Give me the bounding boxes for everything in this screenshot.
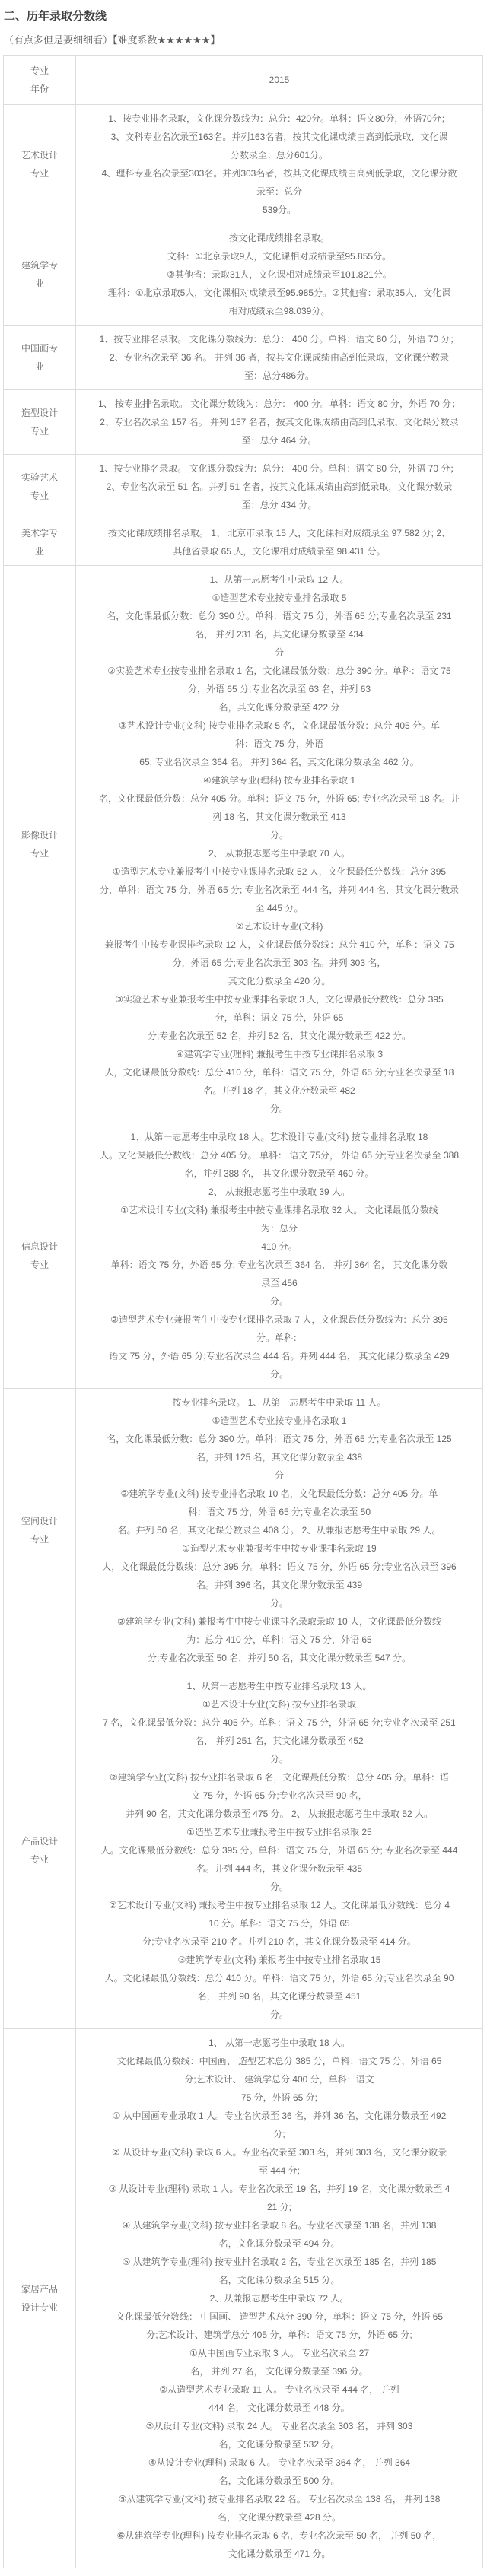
article-body: 二、历年录取分数线 （有点多但是要细细看）【难度系数★★★★★★】 专业 年份 …	[0, 0, 487, 2576]
row-content-information-design: 1、从第一志愿考生中录取 18 人。艺术设计专业(文科) 按专业排名录取 18 …	[76, 1123, 483, 1389]
table-row-information-design: 信息设计 专业 1、从第一志愿考生中录取 18 人。艺术设计专业(文科) 按专业…	[4, 1123, 483, 1389]
header-year-cell: 2015	[76, 56, 483, 105]
table-row-product-design: 产品设计 专业 1、从第一志愿考生中按专业排名录取 13 人。 ①艺术设计专业(…	[4, 1672, 483, 2029]
row-label-modeling-design: 造型设计 专业	[4, 390, 76, 455]
row-content-art-design: 1、按专业排名录取，文化课分数线为：总分：420分。单科：语文80分，外语70分…	[76, 105, 483, 224]
section-subtitle: （有点多但是要细细看）【难度系数★★★★★★】	[4, 32, 484, 46]
row-content-experimental-art: 1、按专业排名录取。 文化课分数线为：总分： 400 分。单科：语文 80 分，…	[76, 455, 483, 519]
row-label-architecture: 建筑学专 业	[4, 224, 76, 326]
row-label-fine-arts: 美术学专 业	[4, 519, 76, 566]
row-label-art-design: 艺术设计 专业	[4, 105, 76, 224]
row-label-information-design: 信息设计 专业	[4, 1123, 76, 1389]
table-row-image-design: 影像设计 专业 1、从第一志愿考生中录取 12 人。 ①造型艺术专业按专业排名录…	[4, 566, 483, 1123]
table-row-fine-arts: 美术学专 业 按文化课成绩排名录取。 1、 北京市录取 15 人，文化课相对成绩…	[4, 519, 483, 566]
row-content-image-design: 1、从第一志愿考生中录取 12 人。 ①造型艺术专业按专业排名录取 5 名，文化…	[76, 566, 483, 1123]
section-title: 二、历年录取分数线	[4, 8, 484, 24]
table-row-modeling-design: 造型设计 专业 1、 按专业排名录取。 文化课分数线为：总分： 400 分。单科…	[4, 390, 483, 455]
row-label-experimental-art: 实验艺术 专业	[4, 455, 76, 519]
row-content-architecture: 按文化课成绩排名录取。 文科：①北京录取9人，文化课相对成绩录至95.855分。…	[76, 224, 483, 326]
row-content-home-product-design: 1、 从第一志愿考生中录取 18 人。 文化课最低分数线：中国画、 造型艺术总分…	[76, 2029, 483, 2568]
row-content-space-design: 按专业排名录取。 1、从第一志愿考生中录取 11 人。 ①造型艺术专业按专业排名…	[76, 1389, 483, 1672]
table-row-home-product-design: 家居产品 设计专业 1、 从第一志愿考生中录取 18 人。 文化课最低分数线：中…	[4, 2029, 483, 2568]
table-row-space-design: 空间设计 专业 按专业排名录取。 1、从第一志愿考生中录取 11 人。 ①造型艺…	[4, 1389, 483, 1672]
row-content-chinese-painting: 1、按专业排名录取。 文化课分数线为：总分： 400 分。单科：语文 80 分，…	[76, 326, 483, 390]
row-content-fine-arts: 按文化课成绩排名录取。 1、 北京市录取 15 人，文化课相对成绩录至 97.5…	[76, 519, 483, 566]
row-label-image-design: 影像设计 专业	[4, 566, 76, 1123]
table-header-row: 专业 年份 2015	[4, 56, 483, 105]
table-row-art-design: 艺术设计 专业 1、按专业排名录取，文化课分数线为：总分：420分。单科：语文8…	[4, 105, 483, 224]
admission-score-table: 专业 年份 2015 艺术设计 专业 1、按专业排名录取，文化课分数线为：总分：…	[3, 55, 483, 2568]
row-content-modeling-design: 1、 按专业排名录取。 文化课分数线为：总分： 400 分。单科：语文 80 分…	[76, 390, 483, 455]
row-content-product-design: 1、从第一志愿考生中按专业排名录取 13 人。 ①艺术设计专业(文科) 按专业排…	[76, 1672, 483, 2029]
row-label-chinese-painting: 中国画专 业	[4, 326, 76, 390]
table-row-chinese-painting: 中国画专 业 1、按专业排名录取。 文化课分数线为：总分： 400 分。单科：语…	[4, 326, 483, 390]
table-row-architecture: 建筑学专 业 按文化课成绩排名录取。 文科：①北京录取9人，文化课相对成绩录至9…	[4, 224, 483, 326]
row-label-space-design: 空间设计 专业	[4, 1389, 76, 1672]
table-row-experimental-art: 实验艺术 专业 1、按专业排名录取。 文化课分数线为：总分： 400 分。单科：…	[4, 455, 483, 519]
header-corner-cell: 专业 年份	[4, 56, 76, 105]
row-label-product-design: 产品设计 专业	[4, 1672, 76, 2029]
row-label-home-product-design: 家居产品 设计专业	[4, 2029, 76, 2568]
